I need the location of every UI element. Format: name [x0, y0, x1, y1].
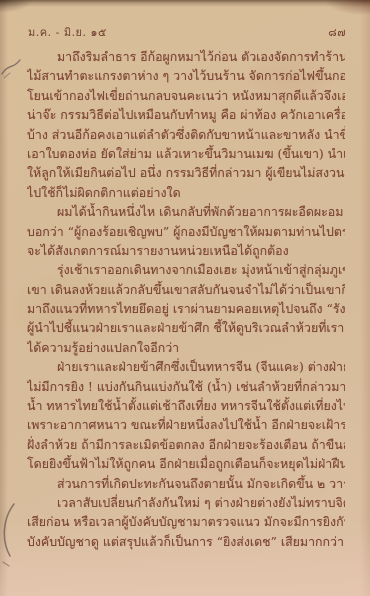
text-line: ผมได้น้ำกินหนึ่งไห เดินกลับที่พักด้วยอาก…	[27, 202, 345, 221]
text-line: น่าจ๊ะ กรรมวิธีต่อไปเหมือนกับทำหมู คือ ผ…	[27, 105, 345, 124]
text-line: เขา เดินลงห้วยแล้วกลับขึ้นเขาสลับกันจนจำ…	[27, 280, 345, 299]
text-line: เสียก่อน หรือเวลาผู้บังคับบัญชามาตรวจแนว…	[27, 512, 345, 531]
paragraph: รุ่งเช้าเราออกเดินทางจากเมืองเฮะ มุ่งหน้…	[27, 260, 345, 357]
text-line: ไม้สานทำตะแกรงตาห่าง ๆ วางไว้บนร้าน จัดก…	[27, 66, 345, 85]
text-line: เอาใบตองห่อ ยัดใส่ย่าม แล้วเหาะขึ้นวิมาน…	[27, 144, 345, 163]
page-number: ๘๗	[328, 23, 346, 41]
text-line: ไม่มีการยิง ! แบ่งกันกินแบ่งกันใช้ (น้ำ)…	[27, 377, 345, 396]
pen-curve-icon	[0, 500, 22, 570]
text-line: โยนเข้ากองไฟเขี่ยถ่านกลบจนคะเนว่า หนังหม…	[27, 86, 345, 105]
scanned-book-page: ม.ค. - มิ.ย. ๑๕ ๘๗ มาถึงริมลำธาร อีก้อผู…	[0, 0, 370, 596]
paragraph: มาถึงริมลำธาร อีก้อผูกหมาไว้ก่อน ตัวเองจ…	[27, 47, 345, 202]
text-line: เพราะอากาศหนาว ขณะที่ฝ่ายหนึ่งลงไปใช้น้ำ…	[27, 415, 345, 434]
text-line: ผู้นำไปชี้แนวฝ่ายเราและฝ่ายข้าศึก ชี้ให้…	[27, 318, 345, 337]
paragraph: เวลาสับเปลี่ยนกำลังกันใหม่ ๆ ต่างฝ่ายต่า…	[27, 493, 345, 551]
text-body: มาถึงริมลำธาร อีก้อผูกหมาไว้ก่อน ตัวเองจ…	[27, 47, 345, 551]
paragraph: ผมได้น้ำกินหนึ่งไห เดินกลับที่พักด้วยอาก…	[27, 202, 345, 260]
text-line: บังคับบัญชาดู แต่สรุปแล้วก็เป็นการ “ยิงส…	[27, 532, 345, 551]
text-line: บอกว่า “ผู้กองร้อยเชิญพบ” ผู้กองมีบัญชาใ…	[27, 222, 345, 241]
text-line: รุ่งเช้าเราออกเดินทางจากเมืองเฮะ มุ่งหน้…	[27, 260, 345, 279]
pen-scribble-icon	[0, 52, 30, 82]
text-line: ฝั่งลำห้วย ถ้ามีการละเมิดข้อตกลง อีกฝ่าย…	[27, 435, 345, 454]
text-line: ได้ความรู้อย่างแปลกใจอีกว่า	[27, 338, 345, 357]
text-line: ไปใช้ก็ไม่ผิดกติกาแต่อย่างใด	[27, 183, 345, 202]
text-line: ส่วนการที่เกิดปะทะกันจนถึงตายนั้น มักจะเ…	[27, 474, 345, 493]
text-line: โดยยิงขึ้นฟ้าไม่ให้ถูกคน อีกฝ่ายเมื่อถูก…	[27, 454, 345, 473]
issue-label: ม.ค. - มิ.ย. ๑๕	[28, 23, 107, 41]
text-line: ฝ่ายเราและฝ่ายข้าศึกซึ่งเป็นทหารจีน (จีน…	[27, 357, 345, 376]
paragraph: ฝ่ายเราและฝ่ายข้าศึกซึ่งเป็นทหารจีน (จีน…	[27, 357, 345, 473]
text-line: เวลาสับเปลี่ยนกำลังกันใหม่ ๆ ต่างฝ่ายต่า…	[27, 493, 345, 512]
text-line: จะได้สังเกตการณ์มารายงานหน่วยเหนือได้ถูก…	[27, 241, 345, 260]
paragraph: ส่วนการที่เกิดปะทะกันจนถึงตายนั้น มักจะเ…	[27, 474, 345, 493]
page-header: ม.ค. - มิ.ย. ๑๕ ๘๗	[28, 23, 346, 41]
text-line: ให้ลูกให้เมียกินต่อไป อนึ่ง กรรมวิธีที่ก…	[27, 163, 345, 182]
text-line: บ้าง ส่วนอีก้อคงเอาแต่ลำตัวซึ่งติดกับขาห…	[27, 125, 345, 144]
text-line: น้ำ ทหารไทยใช้น้ำตั้งแต่เช้าถึงเที่ยง ทห…	[27, 396, 345, 415]
text-line: มาถึงริมลำธาร อีก้อผูกหมาไว้ก่อน ตัวเองจ…	[27, 47, 345, 66]
text-line: มาถึงแนวที่ทหารไทยยึดอยู่ เราผ่านยามคอยเ…	[27, 299, 345, 318]
